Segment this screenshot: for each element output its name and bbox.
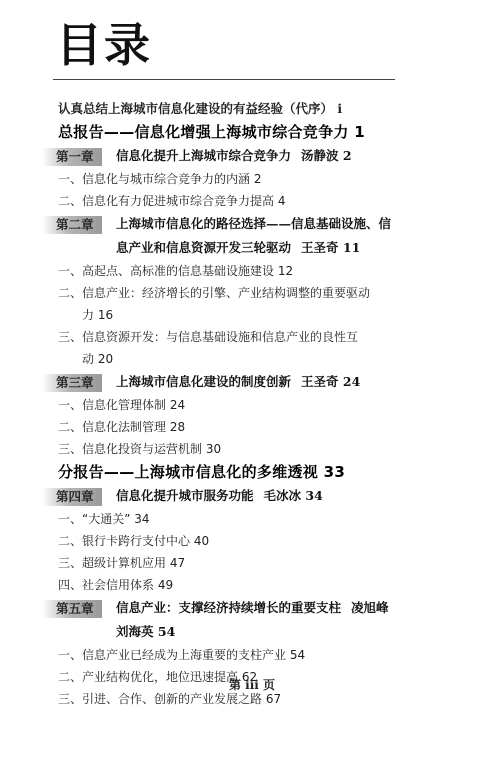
toc-page-number: 40: [194, 534, 209, 548]
chapter-title: 信息化提升城市服务功能: [116, 488, 254, 503]
toc-chapter-1[interactable]: 第一章信息化提升上海城市综合竞争力汤静波 2: [58, 144, 488, 168]
toc-chapter-5-continued[interactable]: 刘海英 54: [58, 620, 488, 644]
chapter-title: 信息产业：支撑经济持续增长的重要支柱: [116, 600, 341, 615]
toc-entry-text: 三、引进、合作、创新的产业发展之路: [58, 692, 262, 706]
toc-section[interactable]: 一、“大通关” 34: [58, 508, 488, 530]
title-divider: [53, 79, 395, 80]
toc-page-number: 34: [305, 488, 322, 503]
chapter-tag: 第二章: [42, 216, 102, 234]
toc-chapter-2-continued[interactable]: 息产业和信息资源开发三轮驱动王圣奇 11: [58, 236, 488, 260]
toc-page-number: 67: [266, 692, 281, 706]
toc-section[interactable]: 二、信息化有力促进城市综合竞争力提高 4: [58, 190, 488, 212]
toc-chapter-2[interactable]: 第二章上海城市信息化的路径选择——信息基础设施、信: [58, 212, 488, 236]
toc-page-number: 24: [170, 398, 185, 412]
toc-section[interactable]: 三、信息资源开发：与信息基础设施和信息产业的良性互: [58, 326, 488, 348]
toc-page-number: 1: [354, 123, 365, 141]
toc-section[interactable]: 一、信息化管理体制 24: [58, 394, 488, 416]
chapter-title-continued: 息产业和信息资源开发三轮驱动: [116, 240, 291, 255]
toc-part-2[interactable]: 分报告——上海城市信息化的多维透视 33: [58, 460, 488, 484]
toc-chapter-5[interactable]: 第五章信息产业：支撑经济持续增长的重要支柱凌旭峰: [58, 596, 488, 620]
toc-section[interactable]: 二、信息产业：经济增长的引擎、产业结构调整的重要驱动: [58, 282, 488, 304]
toc-page-number: 49: [158, 578, 173, 592]
toc-entry-text: 三、信息资源开发：与信息基础设施和信息产业的良性互: [58, 330, 358, 344]
toc-section[interactable]: 三、超级计算机应用 47: [58, 552, 488, 574]
chapter-author: 汤静波: [301, 148, 339, 163]
toc-page-number: 28: [170, 420, 185, 434]
toc-section[interactable]: 一、信息化与城市综合竞争力的内涵 2: [58, 168, 488, 190]
chapter-title: 上海城市信息化建设的制度创新: [116, 374, 291, 389]
toc-section-continued[interactable]: 动 20: [58, 348, 488, 370]
toc-page-number: 54: [158, 624, 175, 639]
chapter-title: 信息化提升上海城市综合竞争力: [116, 148, 291, 163]
toc-section-continued[interactable]: 力 16: [58, 304, 488, 326]
page-number-footer: 第 iii 页: [0, 676, 504, 693]
page-title: 目录: [56, 22, 152, 68]
toc-page-number: 4: [278, 194, 286, 208]
chapter-tag: 第五章: [42, 600, 102, 618]
chapter-author: 凌旭峰: [351, 600, 389, 615]
table-of-contents: 认真总结上海城市信息化建设的有益经验（代序） i 总报告——信息化增强上海城市综…: [58, 98, 488, 710]
toc-page-number: 16: [98, 308, 113, 322]
toc-entry-text-continued: 力: [82, 308, 94, 322]
toc-page-number: 20: [98, 352, 113, 366]
toc-entry-text: 一、信息化与城市综合竞争力的内涵: [58, 172, 250, 186]
chapter-author-continued: 刘海英: [116, 624, 154, 639]
toc-page-number: 2: [343, 148, 352, 163]
toc-page-number: 30: [206, 442, 221, 456]
toc-section[interactable]: 二、信息化法制管理 28: [58, 416, 488, 438]
toc-page-number: i: [337, 101, 342, 116]
toc-section[interactable]: 三、信息化投资与运营机制 30: [58, 438, 488, 460]
chapter-author: 王圣奇: [301, 374, 339, 389]
toc-part-1[interactable]: 总报告——信息化增强上海城市综合竞争力 1: [58, 120, 488, 144]
toc-page-number: 12: [278, 264, 293, 278]
toc-page-number: 2: [254, 172, 262, 186]
toc-entry-text: 一、高起点、高标准的信息基础设施建设: [58, 264, 274, 278]
toc-chapter-4[interactable]: 第四章信息化提升城市服务功能毛冰冰 34: [58, 484, 488, 508]
toc-entry-text: 一、信息化管理体制: [58, 398, 166, 412]
toc-entry-text: 二、银行卡跨行支付中心: [58, 534, 190, 548]
toc-section[interactable]: 二、银行卡跨行支付中心 40: [58, 530, 488, 552]
toc-chapter-3[interactable]: 第三章上海城市信息化建设的制度创新王圣奇 24: [58, 370, 488, 394]
chapter-title: 上海城市信息化的路径选择——信息基础设施、信: [116, 216, 391, 231]
toc-entry-text-continued: 动: [82, 352, 94, 366]
toc-section[interactable]: 四、社会信用体系 49: [58, 574, 488, 596]
toc-entry-text: 认真总结上海城市信息化建设的有益经验（代序）: [58, 101, 333, 116]
toc-entry-text: 分报告——上海城市信息化的多维透视: [58, 463, 318, 481]
toc-entry-text: 三、信息化投资与运营机制: [58, 442, 202, 456]
toc-entry-text: 一、“大通关”: [58, 512, 130, 526]
toc-page-number: 33: [324, 463, 345, 481]
toc-page-number: 24: [343, 374, 360, 389]
toc-page-number: 34: [134, 512, 149, 526]
chapter-tag: 第一章: [42, 148, 102, 166]
toc-entry-text: 二、信息化法制管理: [58, 420, 166, 434]
toc-page-number: 54: [290, 648, 305, 662]
toc-entry-text: 一、信息产业已经成为上海重要的支柱产业: [58, 648, 286, 662]
toc-entry-text: 二、信息产业：经济增长的引擎、产业结构调整的重要驱动: [58, 286, 370, 300]
toc-page-number: 47: [170, 556, 185, 570]
chapter-author: 毛冰冰: [264, 488, 302, 503]
chapter-tag: 第四章: [42, 488, 102, 506]
toc-preface[interactable]: 认真总结上海城市信息化建设的有益经验（代序） i: [58, 98, 488, 120]
toc-entry-text: 二、信息化有力促进城市综合竞争力提高: [58, 194, 274, 208]
toc-entry-text: 总报告——信息化增强上海城市综合竞争力: [58, 123, 349, 141]
toc-entry-text: 四、社会信用体系: [58, 578, 154, 592]
chapter-tag: 第三章: [42, 374, 102, 392]
toc-section[interactable]: 一、高起点、高标准的信息基础设施建设 12: [58, 260, 488, 282]
chapter-author: 王圣奇: [301, 240, 339, 255]
toc-section[interactable]: 一、信息产业已经成为上海重要的支柱产业 54: [58, 644, 488, 666]
toc-page-number: 11: [343, 240, 360, 255]
toc-entry-text: 三、超级计算机应用: [58, 556, 166, 570]
